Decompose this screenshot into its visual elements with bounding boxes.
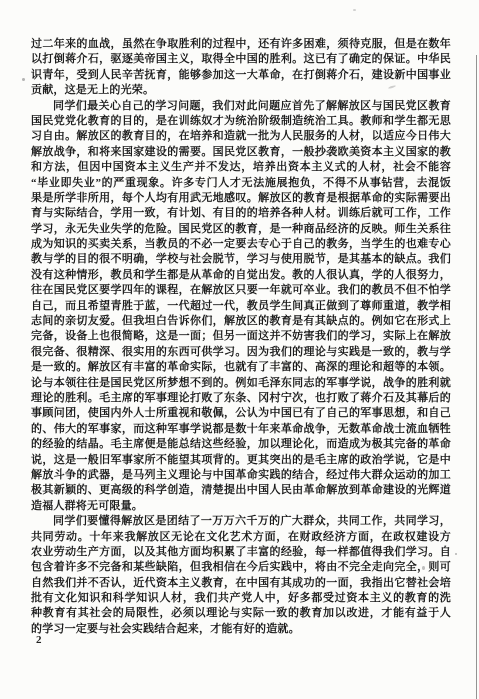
page-number: 2 xyxy=(36,634,42,646)
text-line: 解放斗争的武器，是马列主义理论与中国革命实践的结合，经过伟大群众运动的加工完成了 xyxy=(31,468,451,483)
text-line: 包含着许多不完备和某些缺陷，但我相信在今后实践中，将由不完全走向完全，则可断言。 xyxy=(31,560,451,575)
text-line: 理论的胜利。毛主席的军事理论打败了东条、冈村宁次，也打败了蒋介石及其幕后的美国军 xyxy=(31,391,451,406)
text-line: 往在国民党区要学四年的课程，在解放区只要一年就可卒业。我们的教员不但不怕学生超过 xyxy=(31,283,451,298)
text-line: 没有这种情形，教员和学生都是从革命的自觉出发。教的人很认真，学的人很努力，因此往 xyxy=(31,268,451,283)
text-line: 论与本领往往是国民党区所梦想不到的。例如毛泽东同志的军事学说，战争的胜利就是军事 xyxy=(31,376,451,391)
text-line: “毕业即失业”的严重现象。许多专门人才无法施展抱负，不得不从事钻营，去混饭吃。结 xyxy=(31,176,451,191)
text-block: 过二年来的血战，虽然在争取胜利的过程中，还有许多困难，须待克服，但是在数年内一定… xyxy=(31,37,451,637)
text-line: 自己，而且希望青胜于蓝，一代超过一代，教员学生间真正做到了尊师重道，教学相长的同 xyxy=(31,299,451,314)
text-line: 识青年，受到人民辛苦抚育，能够参加这一大革命，在打倒蒋介石，建设新中国事业中有所 xyxy=(31,68,451,83)
text-line: 的、伟大的军事家，而这种军事学说都是数十年来革命战争，无数革命战士流血牺牲所创造 xyxy=(31,422,451,437)
text-line: 成为知识的买卖关系，当教员的不必一定要去专心于自己的教务，当学生的也难专心功课。 xyxy=(31,237,451,252)
text-line: 教与学的目的很不明确，学校与社会脱节，学习与使用脱节，是其基本的缺点。我们这里决 xyxy=(31,252,451,267)
text-line: 种教育有其社会的局限性，必须以理论与实际一致的教育加以改进，才能有益于人民。我们 xyxy=(31,606,451,621)
scan-artifact xyxy=(353,9,356,11)
scan-artifact xyxy=(421,596,425,599)
text-line: 志间的亲切友爱。但我坦白告诉你们，解放区的教育是有其缺点的。例如它在形式上是很不 xyxy=(31,314,451,329)
text-line: 是一致的。解放区有丰富的革命实际，也就有了丰富的、高深的理论和超等的本领。这些理 xyxy=(31,360,451,375)
text-line: 批有文化知识和科学知识人材，我们共产党人中，好多都受过资本主义的教育的洗礼。但这 xyxy=(31,591,451,606)
scan-artifact xyxy=(422,566,425,570)
document-page: 过二年来的血战，虽然在争取胜利的过程中，还有许多困难，须待克服，但是在数年内一定… xyxy=(0,0,479,699)
text-line: 的经验的结晶。毛主席便是能总结这些经验，加以理论化，而造成为极其完备的革命军事学 xyxy=(31,437,451,452)
text-line: 贡献，这是无上的光荣。 xyxy=(31,83,451,98)
text-line: 学习，永无失业失学的危险。国民党区的教育，是一种商品经济的反映。师生关系往往被迫 xyxy=(31,222,451,237)
text-line: 完备，设备上也很简略，这是一面；但另一面这并不妨害我们的学习，实际上在解放区里又… xyxy=(31,329,451,344)
text-line: 农业劳动生产方面，以及其他方面均积累了丰富的经验，每一样都值得我们学习。自然其中… xyxy=(31,545,451,560)
scan-artifact xyxy=(22,78,25,81)
text-line: 事顾问团，使国内外人士所重视和敬佩，公认为中国已有了自己的军事思想，和自己的杰出 xyxy=(31,406,451,421)
text-line: 说，这是一般旧军事家所不能望其项背的。更其突出的是毛主席的政治学说，它是中国人民 xyxy=(31,453,451,468)
text-line: 很完备、很精深、很实用的东西可供学习。因为我们的理论与实践是一致的，教与学的目的 xyxy=(31,345,451,360)
text-line: 育与实际结合，学用一致，有计划、有目的的培养各种人材。训练后就可工作，工作中又可 xyxy=(31,206,451,221)
text-line: 共同劳动。十年来我解放区无论在文化艺术方面，在财政经济方面，在政权建设方面，在工 xyxy=(31,530,451,545)
text-line: 习自由。解放区的教育目的，在培养和造就一批为人民服务的人材，以适应今日伟大的人民 xyxy=(31,129,451,144)
text-line: 的学习一定要与社会实践结合起来，才能有好的造就。 xyxy=(31,622,451,637)
scan-edge-line xyxy=(476,55,478,699)
text-line: 解放战争，和将来国家建设的需要。国民党区教育，一般抄袭欧美资本主义国家的教育制度 xyxy=(31,145,451,160)
text-line: 极其新颖的、更高级的科学创造，清楚提出中国人民由革命解放到革命建设的光辉道路，其 xyxy=(31,483,451,498)
text-line: 果是所学非所用，每个人均有用武无地感叹。解放区的教育是根据革命的实际需要出发，教 xyxy=(31,191,451,206)
text-line: 同学们要懂得解放区是团结了一万万六千万的广大群众，共同工作，共同学习，共同思想， xyxy=(31,514,451,529)
scan-artifact xyxy=(422,611,425,616)
text-line: 自然我们并不否认，近代资本主义教育，在中国有其成功的一面，我指出它替社会培养了一 xyxy=(31,576,451,591)
text-line: 以打倒蒋介石，驱逐美帝国主义，取得全中国的胜利。这已有了确定的保证。中华民族的知 xyxy=(31,52,451,67)
text-line: 造福人群将无可限量。 xyxy=(31,499,451,514)
text-line: 国民党党化教育的目的，是在训练奴才为统治阶级制造统治工具。教师和学生都无思想和学 xyxy=(31,114,451,129)
text-line: 和方法，但因中国资本主义生产并不发达，培养出资本主义式的人材，社会不能容纳，造成 xyxy=(31,160,451,175)
scan-artifact xyxy=(455,553,457,555)
text-line: 过二年来的血战，虽然在争取胜利的过程中，还有许多困难，须待克服，但是在数年内一定… xyxy=(31,37,451,52)
text-line: 同学们最关心自己的学习问题，我们对此问题应首先了解解放区与国民党区教育的区别。 xyxy=(31,99,451,114)
